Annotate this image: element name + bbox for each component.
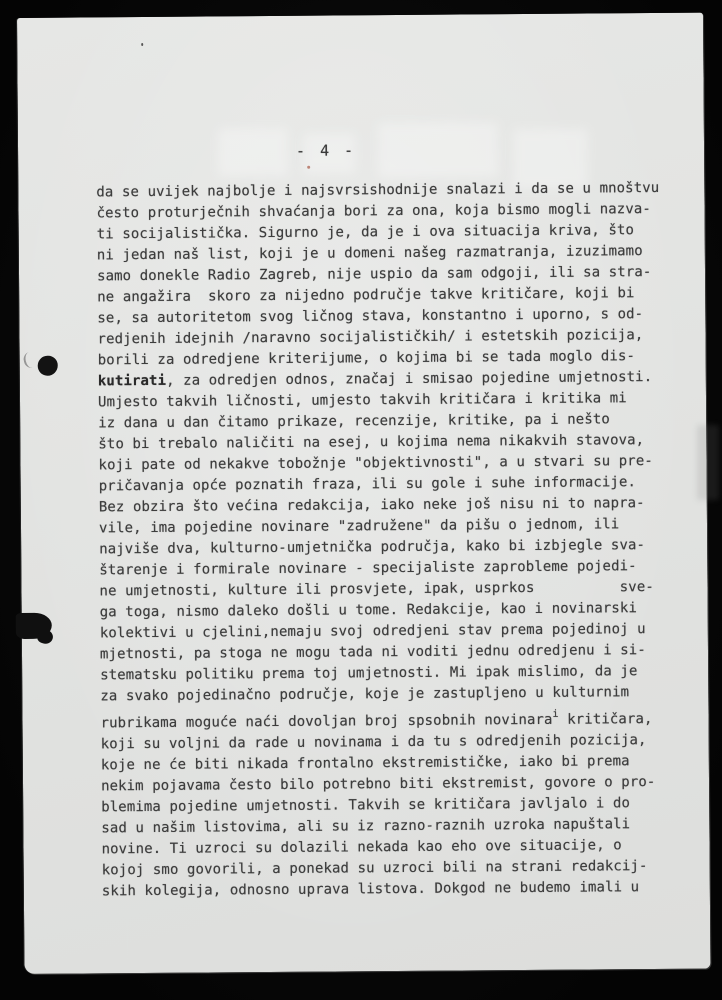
ink-dot <box>38 356 58 376</box>
pencil-mark <box>22 351 39 370</box>
text-block: da se uvijek najbolje i najsvrsishodnije… <box>96 178 667 902</box>
ink-speck <box>141 43 143 46</box>
text-line: skih kolegija, odnosno uprava listova. D… <box>102 877 667 902</box>
scanner-background: - 4 - da se uvijek najbolje i najsvrsish… <box>0 0 722 1000</box>
ink-speck <box>307 166 310 169</box>
bleed-through-mark <box>697 425 719 500</box>
document-page: - 4 - da se uvijek najbolje i najsvrsish… <box>17 13 710 974</box>
ink-smudge <box>36 628 55 646</box>
page-number: - 4 - <box>96 140 556 162</box>
